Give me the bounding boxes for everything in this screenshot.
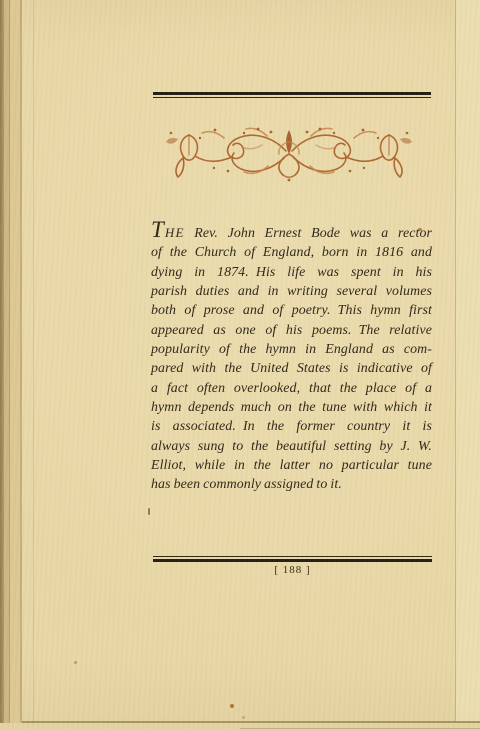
text-line: is associated. In the former country it … [151,417,432,436]
book-page-scan: THE Rev. John Ernest Bode was a rector o… [0,0,480,730]
text-line: dying in 1874. His life was spent in his [151,263,432,282]
lead-caps: HE [165,225,185,240]
bottom-double-rule [153,556,432,562]
page-number: [ 188 ] [153,564,432,577]
page-crease [20,0,22,730]
text-line: of the Church of England, born in 1816 a… [151,243,432,262]
foxing-speck [418,228,422,231]
floral-headpiece-ornament [164,123,414,185]
swash-initial: T [151,217,164,242]
foxing-speck [242,716,245,719]
foxing-speck [74,661,77,664]
page-crease [33,0,34,730]
text-line: a fact often overlooked, that the place … [151,379,432,398]
text-line: popularity of the hymn in England as com… [151,340,432,359]
foxing-speck [230,704,234,708]
text-line: parish duties and in writing several vol… [151,282,432,301]
page-edge-left-band [10,0,20,730]
page-edge-bottom-line [240,728,480,729]
text-line: Elliot, while in the latter no particula… [151,456,432,475]
text-line: has been commonly assigned to it. [151,475,432,494]
text-line: appeared as one of his poems. The relati… [151,321,432,340]
top-double-rule [153,92,431,98]
text-line-content: Rev. John Ernest Bode was a rector [185,226,432,241]
text-line: THE Rev. John Ernest Bode was a rector [151,223,432,243]
text-line: hymn depends much on the tune with which… [151,398,432,417]
text-line: both of prose and of poetry. This hymn f… [151,301,432,320]
text-line: always sung to the beautiful setting by … [151,437,432,456]
stray-ink-mark [148,508,150,515]
hymn-note-paragraph: THE Rev. John Ernest Bode was a rector o… [151,223,432,495]
page-edge-right-area [456,0,480,722]
text-line: pared with the United States is indicati… [151,359,432,378]
